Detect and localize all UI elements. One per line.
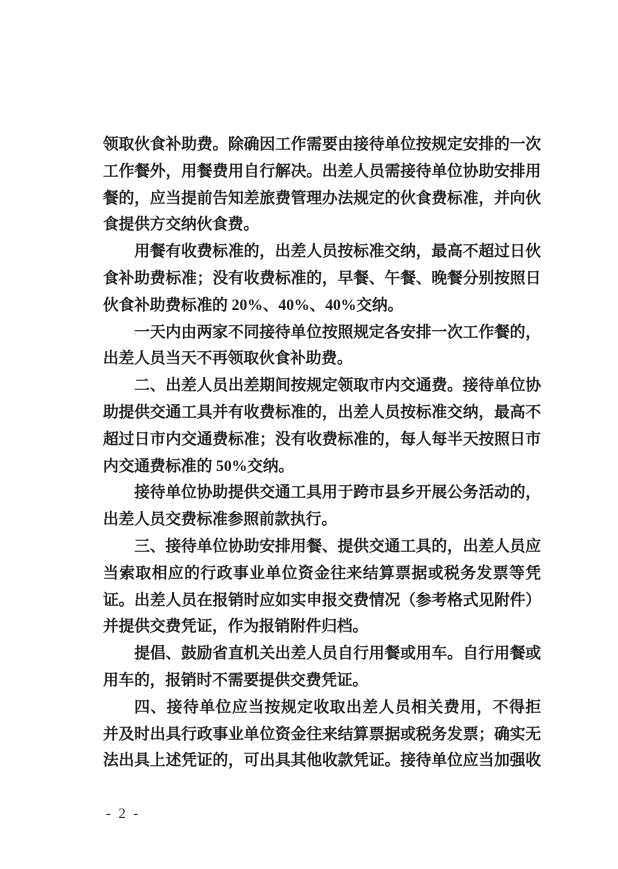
text-line: 用车的，报销时不需要提供交费凭证。 — [103, 668, 541, 695]
text-line: 证。出差人员在报销时应如实申报交费情况（参考格式见附件） — [103, 588, 541, 615]
text-line: 餐的，应当提前告知差旅费管理办法规定的伙食费标准，并向伙 — [103, 186, 541, 213]
text-line: 提倡、鼓励省直机关出差人员自行用餐或用车。自行用餐或 — [103, 641, 541, 668]
text-line: 并提供交费凭证，作为报销附件归档。 — [103, 614, 541, 641]
paragraph: 提倡、鼓励省直机关出差人员自行用餐或用车。自行用餐或 用车的，报销时不需要提供交… — [103, 641, 541, 695]
text-line: 出差人员当天不再领取伙食补助费。 — [103, 346, 541, 373]
page-number: - 2 - — [106, 806, 140, 823]
paragraph: 四、接待单位应当按规定收取出差人员相关费用，不得拒收， 并及时出具行政事业单位资… — [103, 695, 541, 775]
paragraph: 接待单位协助提供交通工具用于跨市县乡开展公务活动的， 出差人员交费标准参照前款执… — [103, 480, 541, 534]
paragraph: 三、接待单位协助安排用餐、提供交通工具的，出差人员应 当索取相应的行政事业单位资… — [103, 534, 541, 641]
text-line: 四、接待单位应当按规定收取出差人员相关费用，不得拒收， — [103, 695, 541, 722]
paragraph: 一天内由两家不同接待单位按照规定各安排一次工作餐的， 出差人员当天不再领取伙食补… — [103, 320, 541, 374]
document-page: 领取伙食补助费。除确因工作需要由接待单位按规定安排的一次 工作餐外，用餐费用自行… — [0, 0, 618, 869]
text-line: 领取伙食补助费。除确因工作需要由接待单位按规定安排的一次 — [103, 132, 541, 159]
document-body-text: 领取伙食补助费。除确因工作需要由接待单位按规定安排的一次 工作餐外，用餐费用自行… — [103, 132, 541, 775]
text-line: 伙食补助费标准的 20%、40%、40%交纳。 — [103, 293, 541, 320]
text-line: 出差人员交费标准参照前款执行。 — [103, 507, 541, 534]
text-line: 用餐有收费标准的，出差人员按标准交纳，最高不超过日伙 — [103, 239, 541, 266]
text-line: 食提供方交纳伙食费。 — [103, 212, 541, 239]
text-line: 一天内由两家不同接待单位按照规定各安排一次工作餐的， — [103, 320, 541, 347]
text-line: 食补助费标准；没有收费标准的，早餐、午餐、晚餐分别按照日 — [103, 266, 541, 293]
text-line: 工作餐外，用餐费用自行解决。出差人员需接待单位协助安排用 — [103, 159, 541, 186]
paragraph: 领取伙食补助费。除确因工作需要由接待单位按规定安排的一次 工作餐外，用餐费用自行… — [103, 132, 541, 239]
text-line: 当索取相应的行政事业单位资金往来结算票据或税务发票等凭 — [103, 561, 541, 588]
text-line: 并及时出具行政事业单位资金往来结算票据或税务发票；确实无 — [103, 722, 541, 749]
text-line: 内交通费标准的 50%交纳。 — [103, 454, 541, 481]
paragraph: 用餐有收费标准的，出差人员按标准交纳，最高不超过日伙 食补助费标准；没有收费标准… — [103, 239, 541, 319]
text-line: 超过日市内交通费标准；没有收费标准的，每人每半天按照日市 — [103, 427, 541, 454]
paragraph: 二、出差人员出差期间按规定领取市内交通费。接待单位协 助提供交通工具并有收费标准… — [103, 373, 541, 480]
text-line: 三、接待单位协助安排用餐、提供交通工具的，出差人员应 — [103, 534, 541, 561]
text-line: 助提供交通工具并有收费标准的，出差人员按标准交纳，最高不 — [103, 400, 541, 427]
text-line: 接待单位协助提供交通工具用于跨市县乡开展公务活动的， — [103, 480, 541, 507]
text-line: 法出具上述凭证的，可出具其他收款凭证。接待单位应当加强收 — [103, 748, 541, 775]
text-line: 二、出差人员出差期间按规定领取市内交通费。接待单位协 — [103, 373, 541, 400]
